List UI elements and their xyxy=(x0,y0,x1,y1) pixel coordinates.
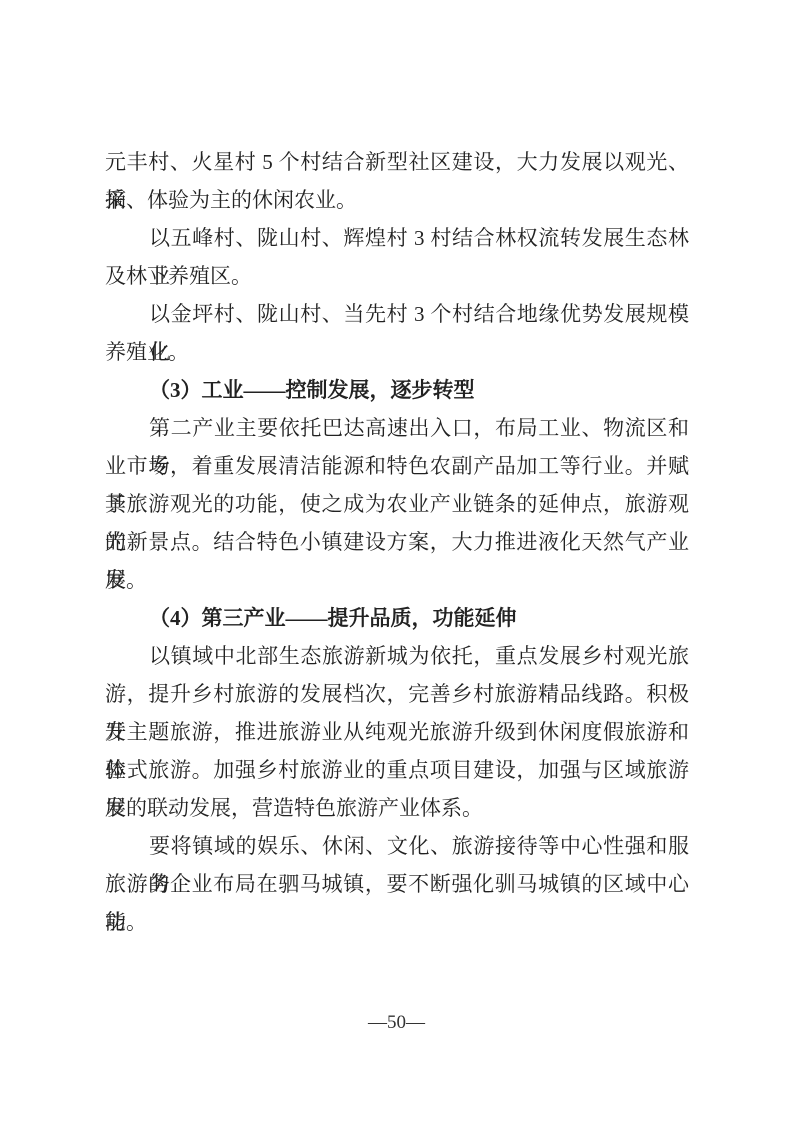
text-line: 第二产业主要依托巴达高速出入口，布局工业、物流区和专 xyxy=(105,409,689,447)
text-line: 展。 xyxy=(105,561,689,599)
text-line: 及林下养殖区。 xyxy=(105,257,689,295)
text-line: 发主题旅游，推进旅游业从纯观光旅游升级到休闲度假旅游和体 xyxy=(105,713,689,751)
text-line: 其旅游观光的功能，使之成为农业产业链条的延伸点，旅游观光 xyxy=(105,485,689,523)
text-line: 能。 xyxy=(105,903,689,941)
text-line: 以金坪村、陇山村、当先村 3 个村结合地缘优势发展规模化 xyxy=(105,295,689,333)
text-line: 元丰村、火星村 5 个村结合新型社区建设，大力发展以观光、采 xyxy=(105,143,689,181)
text-line: 业市场，着重发展清洁能源和特色农副产品加工等行业。并赋予 xyxy=(105,447,689,485)
text-line: 养殖业。 xyxy=(105,333,689,371)
text-line: 以镇域中北部生态旅游新城为依托，重点发展乡村观光旅 xyxy=(105,637,689,675)
text-line: 验式旅游。加强乡村旅游业的重点项目建设，加强与区域旅游发 xyxy=(105,751,689,789)
section-heading-industry: （3）工业——控制发展，逐步转型 xyxy=(105,371,689,409)
text-line: 摘、体验为主的休闲农业。 xyxy=(105,181,689,219)
page-number: —50— xyxy=(0,1010,793,1036)
text-line: 展的联动发展，营造特色旅游产业体系。 xyxy=(105,789,689,827)
text-line: 旅游的企业布局在驷马城镇，要不断强化驯马城镇的区域中心功 xyxy=(105,865,689,903)
text-line: 游，提升乡村旅游的发展档次，完善乡村旅游精品线路。积极开 xyxy=(105,675,689,713)
document-body: 元丰村、火星村 5 个村结合新型社区建设，大力发展以观光、采 摘、体验为主的休闲… xyxy=(105,143,689,941)
text-line: 以五峰村、陇山村、辉煌村 3 村结合林权流转发展生态林业 xyxy=(105,219,689,257)
section-heading-tertiary: （4）第三产业——提升品质，功能延伸 xyxy=(105,599,689,637)
text-line: 要将镇域的娱乐、休闲、文化、旅游接待等中心性强和服务 xyxy=(105,827,689,865)
text-line: 的新景点。结合特色小镇建设方案，大力推进液化天然气产业发 xyxy=(105,523,689,561)
document-page: 元丰村、火星村 5 个村结合新型社区建设，大力发展以观光、采 摘、体验为主的休闲… xyxy=(0,0,793,1122)
